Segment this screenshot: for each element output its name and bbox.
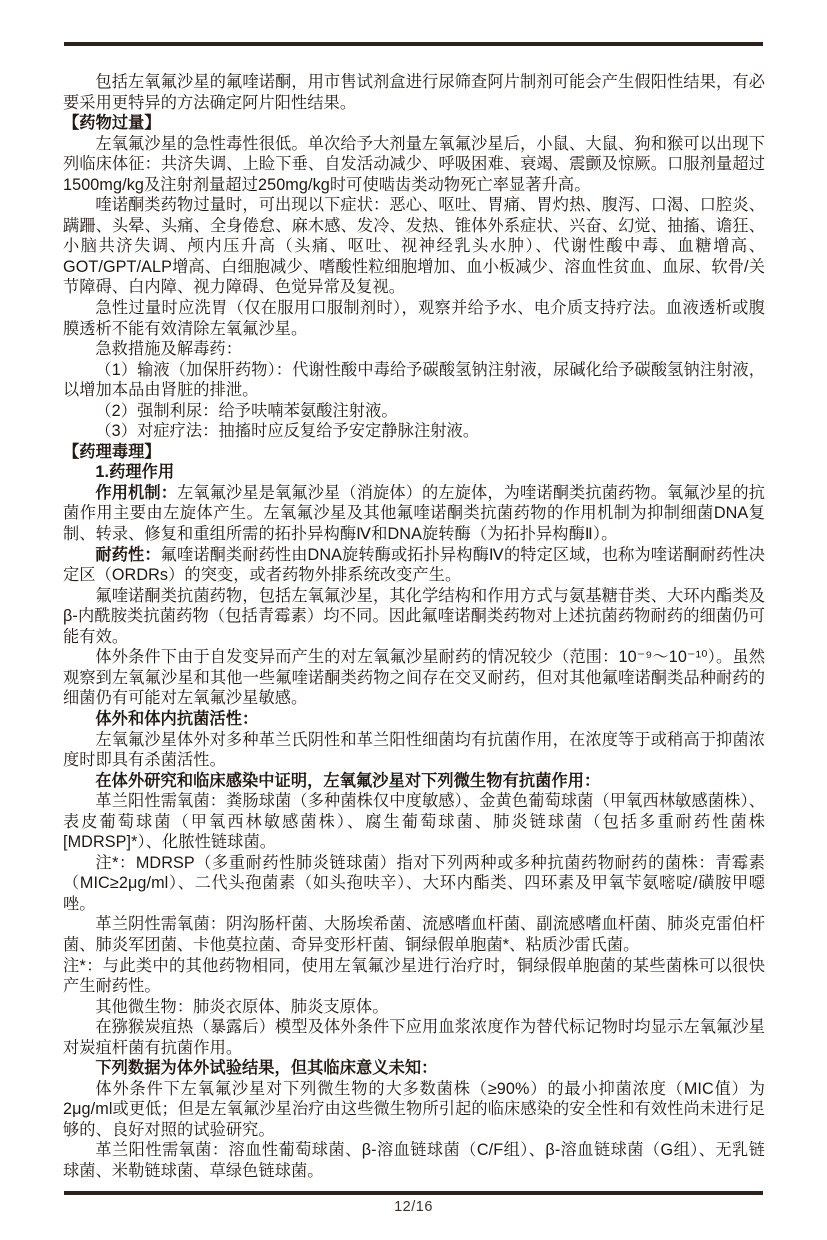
para-measure-1-infusion: （1）输液（加保肝药物）：代谢性酸中毒给予碳酸氢钠注射液，尿碱化给予碳酸氢钠注射… — [63, 360, 765, 401]
document-page: 包括左氧氟沙星的氟喹诺酮，用市售试剂盒进行尿筛查阿片制剂可能会产生假阳性结果，有… — [0, 0, 827, 1240]
para-spontaneous-mutation: 体外条件下由于自发变异而产生的对左氧氟沙星耐药的情况较少（范围：10⁻⁹～10⁻… — [63, 647, 765, 709]
para-note-mdrsp: 注*：MDRSP（多重耐药性肺炎链球菌）指对下列两种或多种抗菌药物耐药的菌株：青… — [63, 853, 765, 915]
para-note-pseudomonas: 注*：与此类中的其他药物相同，使用左氧氟沙星进行治疗时，铜绿假单胞菌的某些菌株可… — [63, 956, 765, 997]
para-proven-activity-title: 在体外研究和临床感染中证明，左氧氟沙星对下列微生物有抗菌作用： — [63, 771, 765, 792]
para-text: （2）强制利尿：给予呋喃苯氨酸注射液。 — [95, 402, 397, 420]
para-anthrax-model: 在猕猴炭疽热（暴露后）模型及体外条件下应用血浆浓度作为替代标记物时均显示左氧氟沙… — [63, 1017, 765, 1058]
page-number: 12/16 — [0, 1199, 827, 1215]
para-gram-negative-aerobes: 革兰阴性需氧菌：阴沟肠杆菌、大肠埃希菌、流感嗜血杆菌、副流感嗜血杆菌、肺炎克雷伯… — [63, 914, 765, 955]
para-opiate-false-positive: 包括左氧氟沙星的氟喹诺酮，用市售试剂盒进行尿筛查阿片制剂可能会产生假阳性结果，有… — [63, 72, 765, 113]
section-header-pharmacology: 【药理毒理】 — [63, 442, 765, 463]
subsection-pharmacologic-action: 1.药理作用 — [63, 462, 765, 483]
para-text: （1）输液（加保肝药物）：代谢性酸中毒给予碳酸氢钠注射液，尿碱化给予碳酸氢钠注射… — [63, 361, 765, 400]
para-label: 在体外研究和临床感染中证明，左氧氟沙星对下列微生物有抗菌作用： — [95, 772, 600, 790]
para-first-aid-title: 急救措施及解毒药： — [63, 339, 765, 360]
para-text: 革兰阳性需氧菌：粪肠球菌（多种菌株仅中度敏感）、金黄色葡萄球菌（甲氧西林敏感菌株… — [63, 792, 765, 851]
para-text: 在猕猴炭疽热（暴露后）模型及体外条件下应用血浆浓度作为替代标记物时均显示左氧氟沙… — [63, 1018, 765, 1057]
para-text: 氟喹诺酮类抗菌药物，包括左氧氟沙星，其化学结构和作用方式与氨基糖苷类、大环内酯类… — [63, 587, 765, 646]
para-text: 左氧氟沙星的急性毒性很低。单次给予大剂量左氧氟沙星后，小鼠、大鼠、狗和猴可以出现… — [63, 135, 765, 194]
para-other-microorganisms: 其他微生物：肺炎衣原体、肺炎支原体。 — [63, 997, 765, 1018]
para-quinolone-overdose-symptoms: 喹诺酮类药物过量时，可出现以下症状：恶心、呕吐、胃痛、胃灼热、腹泻、口渴、口腔炎… — [63, 195, 765, 298]
para-text: 注*：MDRSP（多重耐药性肺炎链球菌）指对下列两种或多种抗菌药物耐药的菌株：青… — [63, 854, 765, 913]
para-text: 其他微生物：肺炎衣原体、肺炎支原体。 — [95, 998, 388, 1016]
para-text: 左氧氟沙星体外对多种革兰氏阴性和革兰阳性细菌均有抗菌作用，在浓度等于或稍高于抑菌… — [63, 731, 765, 770]
para-activity-title: 体外和体内抗菌活性： — [63, 709, 765, 730]
para-text: 氟喹诺酮类耐药性由DNA旋转酶或拓扑异构酶Ⅳ的特定区域，也称为喹诺酮耐药性决定区… — [63, 546, 765, 585]
para-invitro-data-title: 下列数据为体外试验结果，但其临床意义未知： — [63, 1058, 765, 1079]
para-text: 注*：与此类中的其他药物相同，使用左氧氟沙星进行治疗时，铜绿假单胞菌的某些菌株可… — [63, 957, 765, 996]
subsection-title-text: 1.药理作用 — [95, 463, 174, 481]
para-resistance: 耐药性：氟喹诺酮类耐药性由DNA旋转酶或拓扑异构酶Ⅳ的特定区域，也称为喹诺酮耐药… — [63, 545, 765, 586]
section-header-text: 【药理毒理】 — [63, 443, 161, 461]
para-text: 革兰阴性需氧菌：阴沟肠杆菌、大肠埃希菌、流感嗜血杆菌、副流感嗜血杆菌、肺炎克雷伯… — [63, 915, 765, 954]
para-label: 作用机制： — [95, 484, 177, 502]
para-label: 耐药性： — [95, 546, 160, 564]
para-structure-difference: 氟喹诺酮类抗菌药物，包括左氧氟沙星，其化学结构和作用方式与氨基糖苷类、大环内酯类… — [63, 586, 765, 648]
para-text: 急性过量时应洗胃（仅在服用口服制剂时），观察并给予水、电介质支持疗法。血液透析或… — [63, 299, 765, 338]
para-text: （3）对症疗法：抽搐时应反复给予安定静脉注射液。 — [95, 422, 479, 440]
para-mic-statement: 体外条件下左氧氟沙星对下列微生物的大多数菌株（≥90%）的最小抑菌浓度（MIC值… — [63, 1079, 765, 1141]
para-gram-positive-invitro: 革兰阳性需氧菌：溶血性葡萄球菌、β-溶血链球菌（C/F组）、β-溶血链球菌（G组… — [63, 1140, 765, 1181]
para-text: 体外条件下左氧氟沙星对下列微生物的大多数菌株（≥90%）的最小抑菌浓度（MIC值… — [63, 1080, 765, 1139]
para-measure-2-diuresis: （2）强制利尿：给予呋喃苯氨酸注射液。 — [63, 401, 765, 422]
document-body: 包括左氧氟沙星的氟喹诺酮，用市售试剂盒进行尿筛查阿片制剂可能会产生假阳性结果，有… — [63, 72, 765, 1182]
top-rule — [64, 42, 763, 46]
para-text: 喹诺酮类药物过量时，可出现以下症状：恶心、呕吐、胃痛、胃灼热、腹泻、口渴、口腔炎… — [63, 196, 765, 296]
para-mechanism: 作用机制：左氧氟沙星是氧氟沙星（消旋体）的左旋体，为喹诺酮类抗菌药物。氧氟沙星的… — [63, 483, 765, 545]
para-text: 急救措施及解毒药： — [95, 340, 242, 358]
para-measure-3-symptomatic: （3）对症疗法：抽搐时应反复给予安定静脉注射液。 — [63, 421, 765, 442]
para-label: 体外和体内抗菌活性： — [95, 710, 258, 728]
para-acute-overdose-treatment: 急性过量时应洗胃（仅在服用口服制剂时），观察并给予水、电介质支持疗法。血液透析或… — [63, 298, 765, 339]
para-acute-toxicity: 左氧氟沙星的急性毒性很低。单次给予大剂量左氧氟沙星后，小鼠、大鼠、狗和猴可以出现… — [63, 134, 765, 196]
para-gram-positive-aerobes: 革兰阳性需氧菌：粪肠球菌（多种菌株仅中度敏感）、金黄色葡萄球菌（甲氧西林敏感菌株… — [63, 791, 765, 853]
para-label: 下列数据为体外试验结果，但其临床意义未知： — [95, 1059, 437, 1077]
para-bactericidal-activity: 左氧氟沙星体外对多种革兰氏阴性和革兰阳性细菌均有抗菌作用，在浓度等于或稍高于抑菌… — [63, 730, 765, 771]
para-text: 革兰阳性需氧菌：溶血性葡萄球菌、β-溶血链球菌（C/F组）、β-溶血链球菌（G组… — [63, 1141, 765, 1180]
section-header-text: 【药物过量】 — [63, 114, 161, 132]
para-text: 包括左氧氟沙星的氟喹诺酮，用市售试剂盒进行尿筛查阿片制剂可能会产生假阳性结果，有… — [63, 73, 765, 112]
bottom-rule — [64, 1191, 763, 1195]
section-header-overdose: 【药物过量】 — [63, 113, 765, 134]
para-text: 体外条件下由于自发变异而产生的对左氧氟沙星耐药的情况较少（范围：10⁻⁹～10⁻… — [63, 648, 765, 707]
